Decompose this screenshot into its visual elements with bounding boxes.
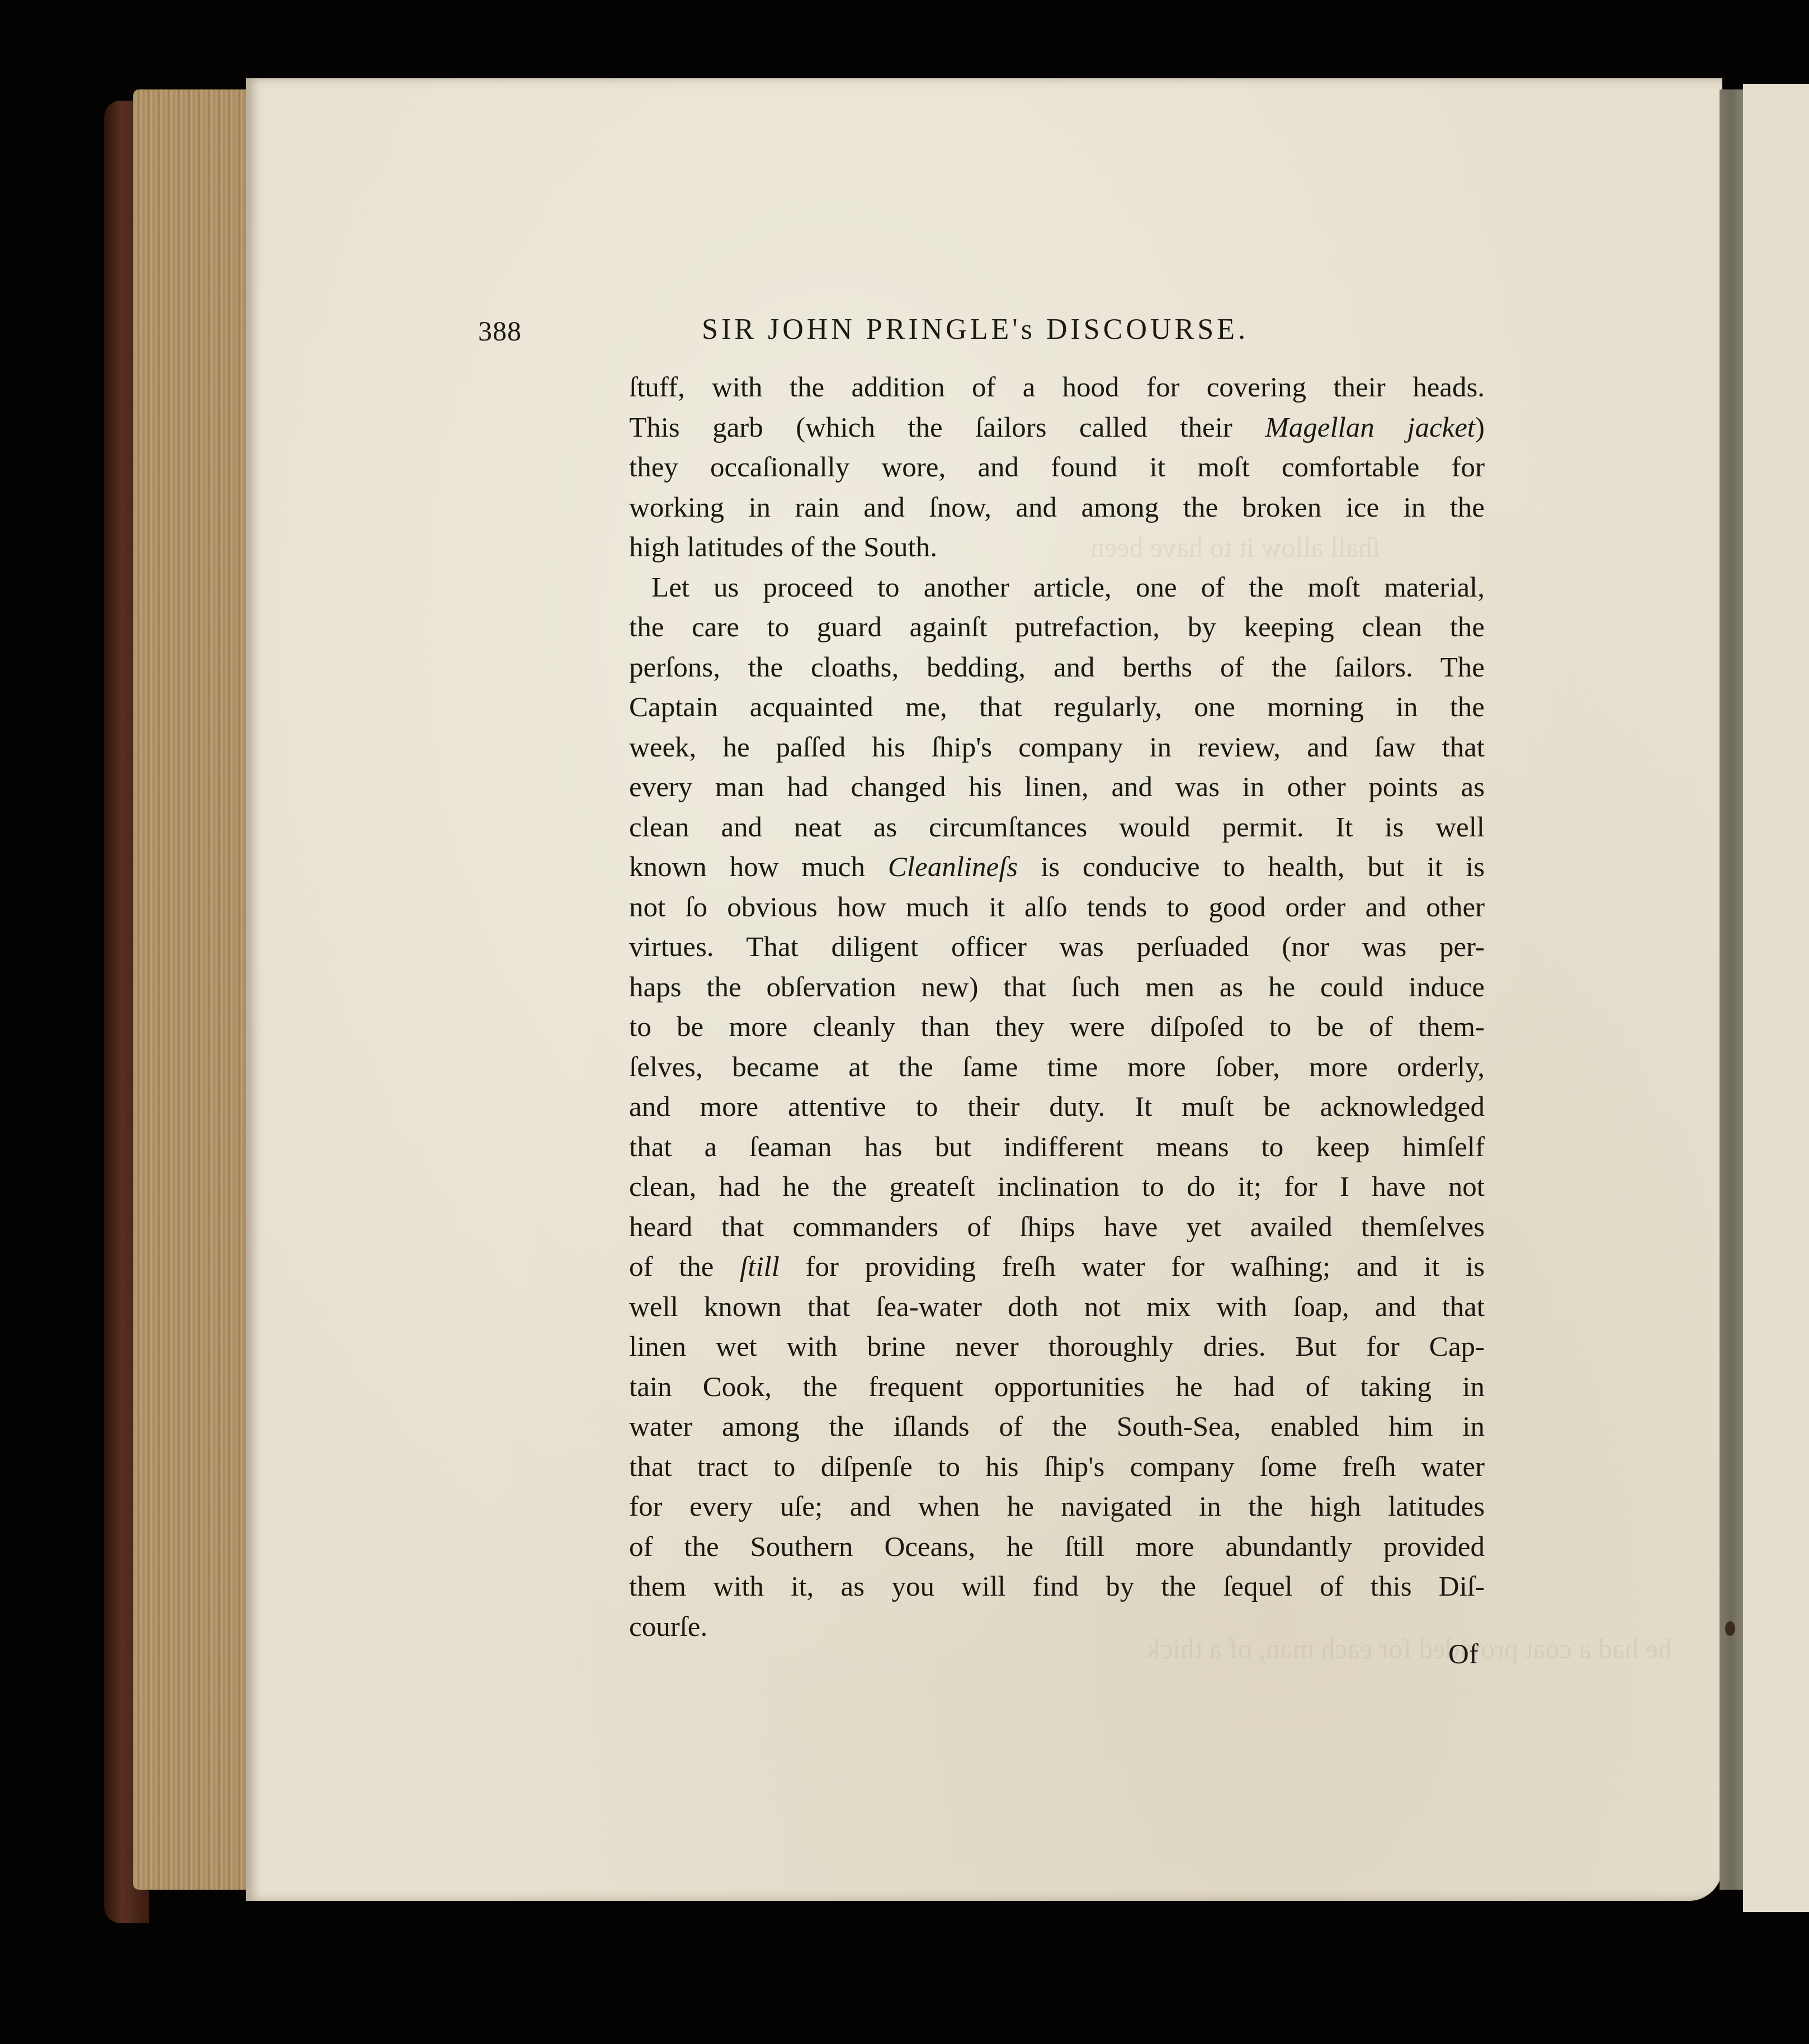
text-line: clean and neat as circumſtances would pe…: [629, 808, 1485, 848]
page-number: 388: [478, 315, 522, 347]
italic-term: Magellan jacket: [1265, 412, 1475, 443]
text-line: virtues. That diligent officer was perſu…: [629, 928, 1485, 968]
text-line: high latitudes of the South.: [629, 528, 1485, 568]
running-head: 388 SIR JOHN PRINGLE's DISCOURSE.: [478, 310, 1485, 361]
text-line: This garb (which the ſailors called thei…: [629, 408, 1485, 448]
facing-page-edge: [1743, 84, 1809, 1912]
catchword: Of: [1448, 1638, 1479, 1671]
text-line: linen wet with brine never thoroughly dr…: [629, 1327, 1485, 1368]
gutter-shadow: [1720, 89, 1743, 1890]
text-line: known how much Cleanlineſs is conducive …: [629, 848, 1485, 888]
text-line: the care to guard againſt putrefaction, …: [629, 608, 1485, 648]
text-line: haps the obſervation new) that ſuch men …: [629, 968, 1485, 1008]
text-line: Let us proceed to another article, one o…: [629, 568, 1485, 608]
text-line: clean, had he the greateſt inclination t…: [629, 1167, 1485, 1208]
text-line: they occaſionally wore, and found it moſ…: [629, 448, 1485, 488]
book-scan: ſhall allow it to have been he had a coa…: [0, 0, 1809, 2044]
ink-spot: [1725, 1621, 1735, 1636]
text-line: ſtuff, with the addition of a hood for c…: [629, 368, 1485, 408]
text-line: tain Cook, the frequent opportunities he…: [629, 1368, 1485, 1408]
text-line: that a ſeaman has but indifferent means …: [629, 1128, 1485, 1168]
text-line: well known that ſea-water doth not mix w…: [629, 1288, 1485, 1328]
text-line: to be more cleanly than they were diſpoſ…: [629, 1007, 1485, 1048]
running-title: SIR JOHN PRINGLE's DISCOURSE.: [702, 313, 1249, 346]
text-line: not ſo obvious how much it alſo tends to…: [629, 888, 1485, 928]
text-line: that tract to diſpenſe to his ſhip's com…: [629, 1447, 1485, 1488]
text-line: every man had changed his linen, and was…: [629, 768, 1485, 808]
text-line: Captain acquainted me, that regularly, o…: [629, 688, 1485, 728]
text-line: water among the iſlands of the South-Sea…: [629, 1407, 1485, 1447]
text-line: courſe.: [629, 1607, 1485, 1648]
body-text: ſtuff, with the addition of a hood for c…: [629, 368, 1485, 1647]
text-line: of the Southern Oceans, he ſtill more ab…: [629, 1527, 1485, 1568]
text-line: heard that commanders of ſhips have yet …: [629, 1208, 1485, 1248]
text-line: for every uſe; and when he navigated in …: [629, 1487, 1485, 1527]
text-line: and more attentive to their duty. It muſ…: [629, 1087, 1485, 1128]
italic-term: ſtill: [740, 1251, 780, 1283]
page-fore-edge-stack: [133, 89, 251, 1890]
text-line: ſelves, became at the ſame time more ſob…: [629, 1048, 1485, 1088]
text-line: week, he paſſed his ſhip's company in re…: [629, 728, 1485, 768]
text-line: them with it, as you will find by the ſe…: [629, 1567, 1485, 1607]
text-line: perſons, the cloaths, bedding, and berth…: [629, 648, 1485, 688]
text-line: of the ſtill for providing freſh water f…: [629, 1247, 1485, 1288]
text-line: working in rain and ſnow, and among the …: [629, 488, 1485, 528]
italic-term: Cleanlineſs: [888, 851, 1018, 883]
